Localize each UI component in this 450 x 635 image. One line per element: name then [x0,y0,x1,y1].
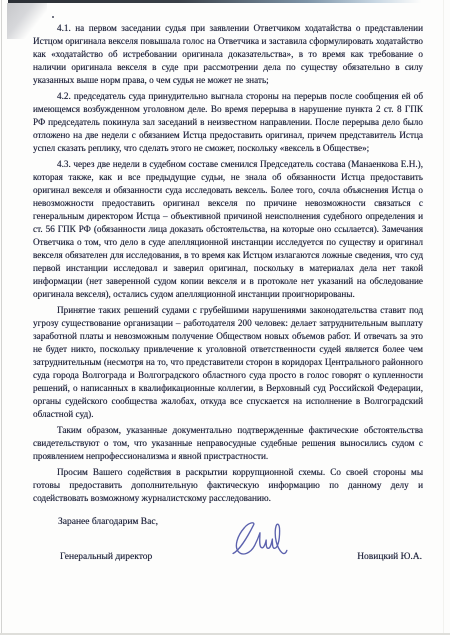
scan-edge-artifact-right [443,0,444,635]
paragraph-conclusion: Таким образом, указанные документально п… [33,424,423,463]
scan-edge-artifact-top [8,0,434,3]
signature-block: Генеральный директор Новицкий Ю.А. [60,551,422,564]
paragraph-request: Просим Вашего содействия в раскрытии кор… [33,466,423,505]
paragraph-4-1: 4.1. на первом заседании судья при заявл… [33,22,423,87]
paragraph-4-3: 4.3. через две недели в судебном составе… [33,158,423,301]
scan-edge-artifact-left [1,0,2,635]
scanned-letter-page: 4.1. на первом заседании судья при заявл… [0,0,450,635]
signer-name: Новицкий Ю.А. [357,551,422,564]
letter-body: 4.1. на первом заседании судья при заявл… [33,22,423,508]
scan-speck [52,16,54,18]
closing-line: Заранее благодарим Вас, [58,516,158,529]
paragraph-4-2: 4.2. председатель суда принудительно выг… [33,90,423,155]
paragraph-consequences: Принятие таких решений судами с грубейши… [33,304,423,421]
signer-title: Генеральный директор [60,551,152,564]
